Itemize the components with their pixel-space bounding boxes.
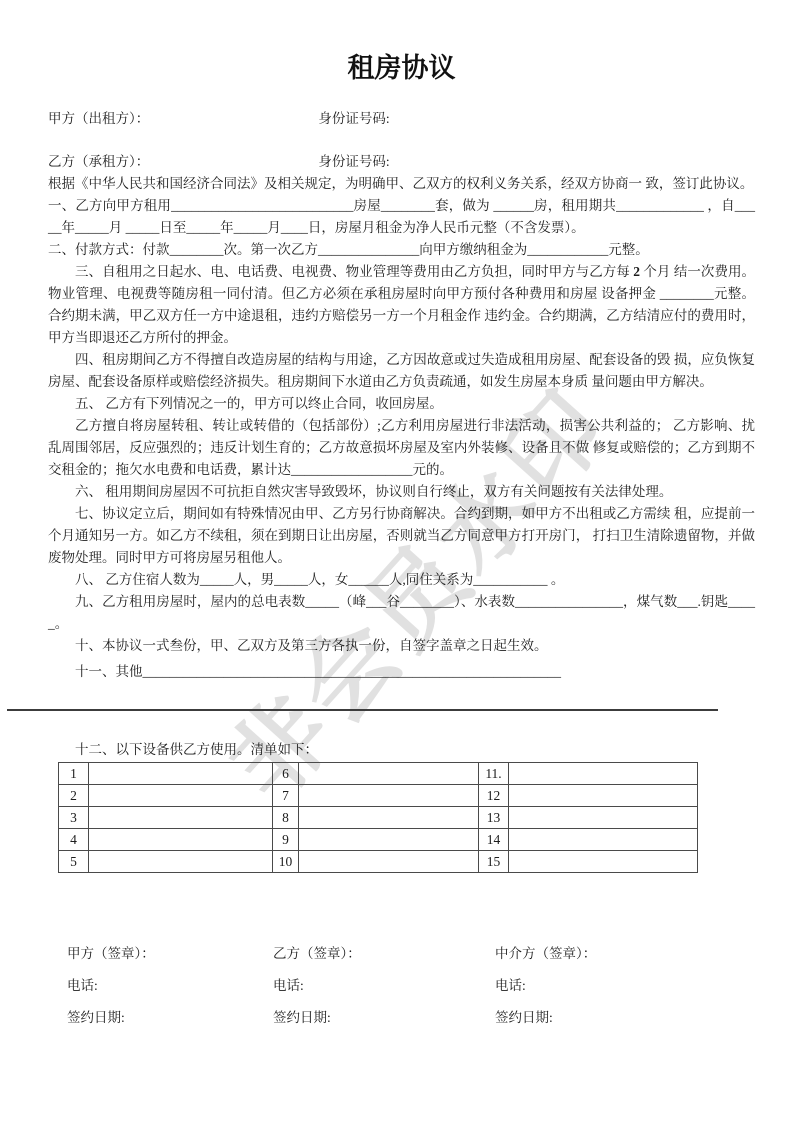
party-b-phone-label: 电话:: [273, 975, 495, 997]
party-a-row: 甲方（出租方）： 身份证号码:: [48, 108, 755, 130]
clause-11: 十一、其他___________________________________…: [48, 661, 755, 683]
document-content: 租房协议 甲方（出租方）： 身份证号码: 乙方（承租方）： 身份证号码: 根据《…: [0, 0, 800, 1039]
signature-party-a: 甲方（签章）： 电话: 签约日期:: [67, 943, 273, 1039]
equipment-value-cell: [299, 807, 479, 829]
equipment-value-cell: [89, 829, 273, 851]
equipment-number-cell: 4: [59, 829, 89, 851]
equipment-number-cell: 13: [479, 807, 509, 829]
equipment-number-cell: 8: [273, 807, 299, 829]
table-row: 1 6 11.: [59, 763, 698, 785]
document-page: 非会员水印 租房协议 甲方（出租方）： 身份证号码: 乙方（承租方）： 身份证号…: [0, 0, 800, 1132]
party-a-seal-label: 甲方（签章）：: [67, 943, 273, 965]
equipment-number-cell: 6: [273, 763, 299, 785]
clause-10: 十、本协议一式叁份，甲、乙双方及第三方各执一份，自签字盖章之日起生效。: [48, 635, 755, 657]
clause-2: 二、付款方式：付款________次。第一次乙方_______________向…: [48, 239, 755, 261]
equipment-value-cell: [509, 807, 698, 829]
clause-3-bold-number: 2: [633, 264, 640, 279]
clause-5-sub: 乙方擅自将房屋转租、转让或转借的（包括部份）;乙方利用房屋进行非法活动，损害公共…: [48, 415, 755, 481]
table-row: 2 7 12: [59, 785, 698, 807]
intro-paragraph: 根据《中华人民共和国经济合同法》及相关规定，为明确甲、乙双方的权利义务关系，经双…: [48, 173, 755, 195]
clause-1: 一、乙方向甲方租用___________________________房屋__…: [48, 195, 755, 239]
equipment-number-cell: 5: [59, 851, 89, 873]
equipment-number-cell: 12: [479, 785, 509, 807]
table-row: 5 10 15: [59, 851, 698, 873]
section-divider: [7, 709, 718, 711]
clause-4: 四、租房期间乙方不得擅自改造房屋的结构与用途，乙方因故意或过失造成租用房屋、配套…: [48, 349, 755, 393]
signature-agent: 中介方（签章）： 电话: 签约日期:: [495, 943, 755, 1039]
equipment-number-cell: 15: [479, 851, 509, 873]
equipment-number-cell: 9: [273, 829, 299, 851]
party-a-label: 甲方（出租方）：: [48, 108, 315, 130]
agent-sign-date-label: 签约日期:: [495, 1007, 755, 1029]
clause-6: 六、 租用期间房屋因不可抗拒自然灾害导致毁坏，协议则自行终止，双方有关问题按有关…: [48, 481, 755, 503]
clause-12: 十二、以下设备供乙方使用。清单如下：: [48, 739, 755, 761]
equipment-value-cell: [299, 851, 479, 873]
clause-7: 七、协议定立后，期间如有特殊情况由甲、乙方另行协商解决。合约到期，如甲方不出租或…: [48, 503, 755, 569]
page-title: 租房协议: [48, 50, 755, 86]
equipment-number-cell: 7: [273, 785, 299, 807]
signature-section: 甲方（签章）： 电话: 签约日期: 乙方（签章）： 电话: 签约日期: 中介方（…: [67, 943, 755, 1039]
clause-3: 三、自租用之日起水、电、电话费、电视费、物业管理等费用由乙方负担，同时甲方与乙方…: [48, 261, 755, 349]
equipment-number-cell: 3: [59, 807, 89, 829]
equipment-value-cell: [509, 829, 698, 851]
agent-phone-label: 电话:: [495, 975, 755, 997]
equipment-number-cell: 1: [59, 763, 89, 785]
equipment-number-cell: 10: [273, 851, 299, 873]
equipment-value-cell: [89, 763, 273, 785]
agent-seal-label: 中介方（签章）：: [495, 943, 755, 965]
party-b-seal-label: 乙方（签章）：: [273, 943, 495, 965]
equipment-value-cell: [509, 851, 698, 873]
equipment-value-cell: [299, 785, 479, 807]
table-row: 3 8 13: [59, 807, 698, 829]
clause-8: 八、 乙方住宿人数为_____人，男_____人，女______人,同住关系为_…: [48, 569, 755, 591]
party-a-sign-date-label: 签约日期:: [67, 1007, 273, 1029]
clause-5: 五、 乙方有下列情况之一的，甲方可以终止合同，收回房屋。: [48, 393, 755, 415]
clause-9: 九、乙方租用房屋时，屋内的总电表数_____（峰___谷________）、水表…: [48, 591, 755, 635]
equipment-value-cell: [89, 807, 273, 829]
equipment-number-cell: 11.: [479, 763, 509, 785]
equipment-value-cell: [509, 785, 698, 807]
equipment-value-cell: [299, 829, 479, 851]
party-b-row: 乙方（承租方）： 身份证号码:: [48, 151, 755, 173]
equipment-value-cell: [509, 763, 698, 785]
clause-3-text-pre: 三、自租用之日起水、电、电话费、电视费、物业管理等费用由乙方负担，同时甲方与乙方…: [75, 264, 633, 279]
equipment-value-cell: [89, 851, 273, 873]
party-a-phone-label: 电话:: [67, 975, 273, 997]
equipment-table: 1 6 11. 2 7 12 3: [58, 762, 698, 873]
party-a-id-label: 身份证号码:: [318, 111, 389, 126]
equipment-number-cell: 14: [479, 829, 509, 851]
party-b-sign-date-label: 签约日期:: [273, 1007, 495, 1029]
signature-party-b: 乙方（签章）： 电话: 签约日期:: [273, 943, 495, 1039]
table-row: 4 9 14: [59, 829, 698, 851]
party-b-id-label: 身份证号码:: [318, 154, 389, 169]
equipment-value-cell: [89, 785, 273, 807]
equipment-number-cell: 2: [59, 785, 89, 807]
equipment-value-cell: [299, 763, 479, 785]
party-b-label: 乙方（承租方）：: [48, 151, 315, 173]
